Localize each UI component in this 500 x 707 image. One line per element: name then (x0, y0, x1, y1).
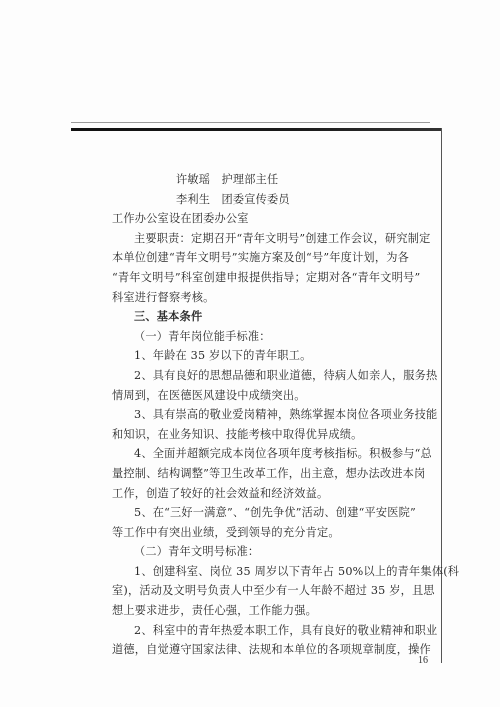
office-location: 工作办公室设在团委办公室 (112, 209, 430, 229)
list-item: 2、科室中的青年热爱本职工作，具有良好的敬业精神和职业 (112, 621, 430, 641)
list-item-cont: 量控制、结构调整”等卫生改革工作，出主意，想办法改进本岗 (112, 464, 430, 484)
list-item: 1、创建科室、岗位 35 周岁以下青年占 50%以上的青年集体(科 (112, 562, 430, 582)
section-heading: 三、基本条件 (112, 307, 430, 327)
paragraph-line: 本单位创建“青年文明号”实施方案及创“号”年度计划，为各 (112, 248, 430, 268)
subsection-heading: （二）青年文明号标准： (112, 542, 430, 562)
list-item-cont: 工作，创造了较好的社会效益和经济效益。 (112, 484, 430, 504)
list-item: 5、在“三好一满意”、“创先争优”活动、创建“平安医院” (112, 503, 430, 523)
right-margin-rule (441, 128, 442, 663)
list-item: 1、年龄在 35 岁以下的青年职工。 (112, 346, 430, 366)
member-title: 护理部主任 (221, 173, 278, 186)
member-line: 许敏瑶 护理部主任 (112, 170, 430, 190)
paragraph-line: 主要职责：定期召开“青年文明号”创建工作会议，研究制定 (112, 229, 430, 249)
paragraph-line: 科室进行督察考核。 (112, 288, 430, 308)
paragraph-line: “青年文明号”科室创建申报提供指导；定期对各“青年文明号” (112, 268, 430, 288)
member-title: 团委宣传委员 (221, 193, 289, 206)
list-item-cont: 和知识，在业务知识、技能考核中取得优异成绩。 (112, 425, 430, 445)
header-rule-thick (71, 128, 442, 131)
list-item-cont: 室)，活动及文明号负责人中至少有一人年龄不超过 35 岁，且思 (112, 581, 430, 601)
list-item-cont: 道德，自觉遵守国家法律、法规和本单位的各项规章制度，操作 (112, 640, 430, 660)
list-item-cont: 等工作中有突出业绩，受到领导的充分肯定。 (112, 523, 430, 543)
list-item: 4、全面并超额完成本岗位各项年度考核指标。积极参与“总 (112, 444, 430, 464)
member-name: 李利生 (176, 193, 210, 206)
list-item-cont: 想上要求进步，责任心强，工作能力强。 (112, 601, 430, 621)
list-item: 2、具有良好的思想品德和职业道德，待病人如亲人，服务热 (112, 366, 430, 386)
list-item: 3、具有崇高的敬业爱岗精神，熟练掌握本岗位各项业务技能 (112, 405, 430, 425)
member-line: 李利生 团委宣传委员 (112, 190, 430, 210)
page-number: 16 (418, 655, 428, 666)
document-body: 许敏瑶 护理部主任 李利生 团委宣传委员 工作办公室设在团委办公室 主要职责：定… (112, 170, 430, 660)
member-name: 许敏瑶 (176, 173, 210, 186)
subsection-heading: （一）青年岗位能手标准： (112, 327, 430, 347)
list-item-cont: 情周到，在医德医风建设中成绩突出。 (112, 386, 430, 406)
header-rule-thin (71, 122, 430, 123)
